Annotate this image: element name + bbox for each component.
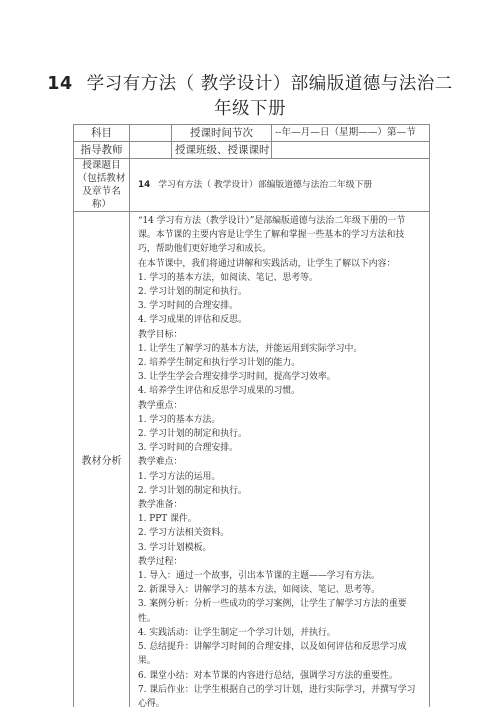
class-info-label: 授课班级、授课课时 bbox=[172, 142, 272, 159]
analysis-line: 2. 学习计划的制定和执行。 bbox=[138, 285, 421, 299]
title-number: 14 bbox=[47, 74, 72, 94]
subject-value[interactable] bbox=[130, 125, 172, 142]
analysis-line: 3. 案例分析：分析一些成功的学习案例，让学生了解学习方法的重要性。 bbox=[138, 597, 421, 625]
analysis-line: 3. 学习时间的合理安排。 bbox=[138, 441, 421, 455]
analysis-line: 4. 学习成果的评估和反思。 bbox=[138, 313, 421, 327]
analysis-line: 1. 导入：通过一个故事，引出本节课的主题——学习有方法。 bbox=[138, 569, 421, 583]
analysis-line: 3. 学习计划模板。 bbox=[138, 541, 421, 555]
analysis-line: 1. 让学生了解学习的基本方法，并能运用到实际学习中。 bbox=[138, 342, 421, 356]
analysis-line: 5. 总结提升：讲解学习时间的合理安排，以及如何评估和反思学习成果。 bbox=[138, 640, 421, 668]
teacher-label: 指导教师 bbox=[74, 142, 130, 159]
topic-label: 授课题目（包括教材及章节名称） bbox=[74, 159, 130, 212]
table-row: 指导教师 授课班级、授课课时 bbox=[74, 142, 430, 159]
section-heading-difficulties: 教学难点： bbox=[138, 455, 421, 469]
document-title-line2: 年级下册 bbox=[0, 95, 500, 120]
lesson-plan-table: 科目 授课时间节次 --年—月—日（星期——）第—节 指导教师 授课班级、授课课… bbox=[73, 124, 430, 707]
title-text: 学习有方法（ 教学设计）部编版道德与法治二 bbox=[87, 74, 453, 94]
topic-value: 14学习有方法（ 教学设计）部编版道德与法治二年级下册 bbox=[130, 159, 430, 212]
analysis-line: 1. 学习的基本方法。 bbox=[138, 413, 421, 427]
analysis-line: 2. 学习计划的制定和执行。 bbox=[138, 484, 421, 498]
document-title-line1: 14学习有方法（ 教学设计）部编版道德与法治二 bbox=[0, 70, 500, 95]
analysis-line: 在本节课中，我们将通过讲解和实践活动，让学生了解以下内容： bbox=[138, 257, 421, 271]
section-heading-objectives: 教学目标： bbox=[138, 328, 421, 342]
analysis-line: 2. 培养学生制定和执行学习计划的能力。 bbox=[138, 356, 421, 370]
analysis-line: 7. 课后作业：让学生根据自己的学习计划，进行实际学习，并撰写学习心得。 bbox=[138, 683, 421, 707]
class-time-value[interactable]: --年—月—日（星期——）第—节 bbox=[272, 125, 430, 142]
analysis-line: 4. 培养学生评估和反思学习成果的习惯。 bbox=[138, 384, 421, 398]
table-row: 科目 授课时间节次 --年—月—日（星期——）第—节 bbox=[74, 125, 430, 142]
analysis-line: 1. 学习方法的运用。 bbox=[138, 470, 421, 484]
analysis-content: “14 学习有方法（教学设计）”是部编版道德与法治二年级下册的一节课。本节课的主… bbox=[130, 212, 430, 707]
analysis-line: 2. 新课导入：讲解学习的基本方法，如阅读、笔记、思考等。 bbox=[138, 583, 421, 597]
analysis-line: 1. PPT 课件。 bbox=[138, 512, 421, 526]
section-heading-preparation: 教学准备： bbox=[138, 498, 421, 512]
class-time-label: 授课时间节次 bbox=[172, 125, 272, 142]
analysis-label: 教材分析 bbox=[74, 212, 130, 707]
subject-label: 科目 bbox=[74, 125, 130, 142]
section-heading-key-points: 教学重点： bbox=[138, 399, 421, 413]
analysis-line: 6. 课堂小结：对本节课的内容进行总结，强调学习方法的重要性。 bbox=[138, 669, 421, 683]
analysis-line: 2. 学习方法相关资料。 bbox=[138, 526, 421, 540]
analysis-line: 3. 让学生学会合理安排学习时间，提高学习效率。 bbox=[138, 370, 421, 384]
analysis-line: 3. 学习时间的合理安排。 bbox=[138, 299, 421, 313]
analysis-line: 4. 实践活动：让学生制定一个学习计划，并执行。 bbox=[138, 626, 421, 640]
section-heading-process: 教学过程： bbox=[138, 555, 421, 569]
table-row: 授课题目（包括教材及章节名称） 14学习有方法（ 教学设计）部编版道德与法治二年… bbox=[74, 159, 430, 212]
analysis-line: “14 学习有方法（教学设计）”是部编版道德与法治二年级下册的一节课。本节课的主… bbox=[138, 214, 421, 257]
topic-text: 学习有方法（ 教学设计）部编版道德与法治二年级下册 bbox=[158, 180, 372, 190]
class-info-value[interactable] bbox=[272, 142, 430, 159]
analysis-line: 2. 学习计划的制定和执行。 bbox=[138, 427, 421, 441]
teacher-value[interactable] bbox=[130, 142, 172, 159]
analysis-line: 1. 学习的基本方法，如阅读、笔记、思考等。 bbox=[138, 271, 421, 285]
table-row: 教材分析 “14 学习有方法（教学设计）”是部编版道德与法治二年级下册的一节课。… bbox=[74, 212, 430, 707]
topic-number: 14 bbox=[138, 180, 150, 190]
